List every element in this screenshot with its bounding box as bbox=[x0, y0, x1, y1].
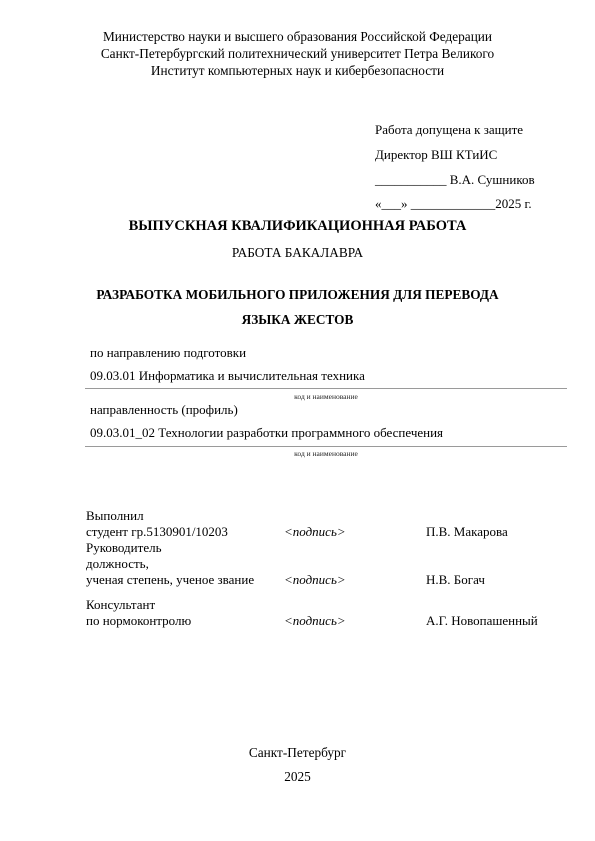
signer-role-line: студент гр.5130901/10203 bbox=[86, 524, 228, 540]
signer-role-line: по нормоконтролю bbox=[86, 613, 191, 629]
signature-placeholder: <подпись> bbox=[284, 572, 346, 588]
profile-caption: код и наименование bbox=[85, 449, 567, 458]
direction-label: по направлению подготовки bbox=[90, 345, 246, 361]
approval-admitted: Работа допущена к защите bbox=[375, 122, 523, 138]
direction-caption: код и наименование bbox=[85, 392, 567, 401]
topic-line-2: ЯЗЫКА ЖЕСТОВ bbox=[0, 312, 595, 328]
profile-label: направленность (профиль) bbox=[90, 402, 238, 418]
footer-city: Санкт-Петербург bbox=[0, 745, 595, 761]
signer-role-line: ученая степень, ученое звание bbox=[86, 572, 254, 588]
university-name: Санкт-Петербургский политехнический унив… bbox=[0, 45, 595, 62]
footer-year: 2025 bbox=[0, 769, 595, 785]
signer-name: А.Г. Новопашенный bbox=[426, 613, 538, 629]
signature-placeholder: <подпись> bbox=[284, 613, 346, 629]
direction-value: 09.03.01 Информатика и вычислительная те… bbox=[90, 368, 365, 384]
profile-value: 09.03.01_02 Технологии разработки програ… bbox=[90, 425, 443, 441]
document-title: ВЫПУСКНАЯ КВАЛИФИКАЦИОННАЯ РАБОТА bbox=[0, 218, 595, 235]
profile-underline bbox=[85, 446, 567, 447]
signer-role-line: должность, bbox=[86, 556, 149, 572]
direction-underline bbox=[85, 388, 567, 389]
approval-position: Директор ВШ КТиИС bbox=[375, 147, 497, 163]
signature-placeholder: <подпись> bbox=[284, 524, 346, 540]
signer-role-line: Консультант bbox=[86, 597, 155, 613]
organization-header: Министерство науки и высшего образования… bbox=[0, 28, 595, 79]
signer-role-line: Выполнил bbox=[86, 508, 144, 524]
approval-date-line: «___» _____________2025 г. bbox=[375, 196, 532, 212]
approval-signature-line: ___________ В.А. Сушников bbox=[375, 172, 535, 188]
work-type: РАБОТА БАКАЛАВРА bbox=[0, 245, 595, 261]
signer-name: Н.В. Богач bbox=[426, 572, 485, 588]
ministry-name: Министерство науки и высшего образования… bbox=[0, 28, 595, 45]
signer-name: П.В. Макарова bbox=[426, 524, 508, 540]
topic-line-1: РАЗРАБОТКА МОБИЛЬНОГО ПРИЛОЖЕНИЯ ДЛЯ ПЕР… bbox=[0, 287, 595, 303]
signer-role-line: Руководитель bbox=[86, 540, 162, 556]
institute-name: Институт компьютерных наук и кибербезопа… bbox=[0, 62, 595, 79]
